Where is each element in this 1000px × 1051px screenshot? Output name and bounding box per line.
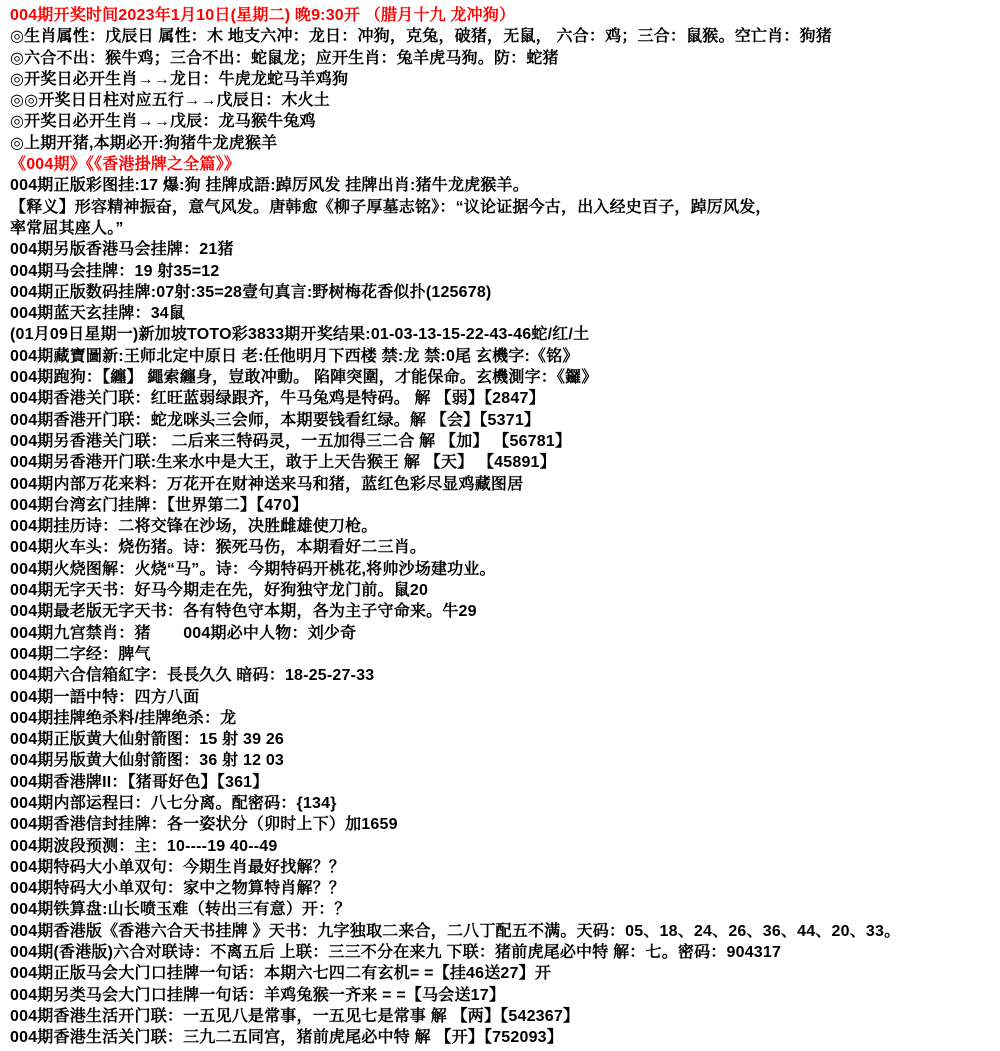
text-line: 004期跑狗：【纏】 繩索纏身，豈敢冲動。 陷陣突圍，才能保命。玄機測字：《鑼》 (10, 367, 1000, 388)
text-line: 004期另版黄大仙射箭图：36 射 12 03 (10, 750, 1000, 771)
text-line: 004期蓝天玄挂牌：34鼠 (10, 303, 1000, 324)
text-line: 004期九宫禁肖：猪 004期必中人物：刘少奇 (10, 623, 1000, 644)
text-line: ◎上期开猪,本期必开:狗猪牛龙虎猴羊 (10, 133, 1000, 154)
text-line: 004期另版香港马会挂牌：21猪 (10, 239, 1000, 260)
text-line: 004期香港开门联：蛇龙咪头三会师，本期要钱看红绿。解 【会】【5371】 (10, 410, 1000, 431)
text-line: ◎开奖日必开生肖→→戊辰：龙马猴牛兔鸡 (10, 111, 1000, 132)
text-line: 004期特码大小单双句：家中之物算特肖解？？ (10, 878, 1000, 899)
text-line: ◎开奖日必开生肖→→龙日：牛虎龙蛇马羊鸡狗 (10, 69, 1000, 90)
guapai-section-title: 《004期》《《香港掛牌之全篇》》 (10, 154, 1000, 175)
text-line: 004期波段预测：主：10----19 40--49 (10, 836, 1000, 857)
text-line: 004期香港牌II：【猪哥好色】【361】 (10, 772, 1000, 793)
text-line: ◎◎开奖日日柱对应五行→→戊辰日：木火土 (10, 90, 1000, 111)
lottery-tips-text-page: 004期开奖时间2023年1月10日(星期二) 晚9:30开 （腊月十九 龙冲狗… (0, 0, 1000, 1049)
text-line: 004期藏寶圖新:王师北定中原日 老:任他明月下西楼 禁:龙 禁:0尾 玄機字:… (10, 346, 1000, 367)
text-line: 004期香港生活开门联：一五见八是常事，一五见七是常事 解 【两】【542367… (10, 1006, 1000, 1027)
text-line: 【释义】形容精神振奋，意气风发。唐韩愈《柳子厚墓志铭》：“议论证据今古，出入经史… (10, 197, 1000, 218)
text-line: 004期正版马会大门口挂牌一句话：本期六七四二有玄机= =【挂46送27】开 (10, 963, 1000, 984)
text-line: 004期香港生活关门联：三九二五同宫，猪前虎尾必中特 解 【开】【752093】 (10, 1027, 1000, 1048)
text-line: 004期台湾玄门挂牌：【世界第二】【470】 (10, 495, 1000, 516)
text-line: 004期(香港版)六合对联诗：不离五后 上联：三三不分在来九 下联：猪前虎尾必中… (10, 942, 1000, 963)
text-line: ◎生肖属性：戊辰日 属性：木 地支六冲：龙日：冲狗，克兔，破猪，无鼠， 六合：鸡… (10, 26, 1000, 47)
text-line: 004期正版黄大仙射箭图：15 射 39 26 (10, 729, 1000, 750)
text-line: 004期火烧图解：火烧“马”。诗：今期特码开桃花,将帅沙场建功业。 (10, 559, 1000, 580)
text-line: 004期最老版无字天书：各有特色守本期，各为主子守命来。牛29 (10, 601, 1000, 622)
text-line: 004期香港信封挂牌：各一姿状分（卯时上下）加1659 (10, 814, 1000, 835)
text-line: ◎六合不出：猴牛鸡；三合不出：蛇鼠龙；应开生肖：兔羊虎马狗。防：蛇猪 (10, 48, 1000, 69)
text-line: 004期另香港关门联： 二后来三特码灵，一五加得三二合 解 【加】 【56781… (10, 431, 1000, 452)
text-line: 004期一語中特：四方八面 (10, 687, 1000, 708)
text-line: 004期内部运程曰：八七分离。配密码：{134} (10, 793, 1000, 814)
text-line: 004期二字经：脾气 (10, 644, 1000, 665)
text-line: (01月09日星期一)新加坡TOTO彩3833期开奖结果:01-03-13-15… (10, 324, 1000, 345)
text-line: 004期正版数码挂牌:07射:35=28壹句真言:野树梅花香似扑(125678) (10, 282, 1000, 303)
text-line: 004期特码大小单双句：今期生肖最好找解？？ (10, 857, 1000, 878)
text-line: 004期香港关门联：红旺蓝弱绿跟齐，牛马兔鸡是特码。 解 【弱】【2847】 (10, 388, 1000, 409)
text-line: 004期另类马会大门口挂牌一句话：羊鸡兔猴一齐来 = =【马会送17】 (10, 985, 1000, 1006)
text-line: 004期六合信箱紅字：長長久久 暗码：18-25-27-33 (10, 665, 1000, 686)
text-line: 004期挂牌绝杀料/挂牌绝杀：龙 (10, 708, 1000, 729)
text-line: 004期香港版《香港六合天书挂牌 》天书：九字独取二来合，二八丁配五不满。天码：… (10, 921, 1000, 942)
text-line: 004期无字天书：好马今期走在先，好狗独守龙门前。鼠20 (10, 580, 1000, 601)
text-line: 004期火车头：烧伤猪。诗：猴死马伤，本期看好二三肖。 (10, 537, 1000, 558)
text-line: 004期铁算盘:山长喷玉难（转出三有意）开：？ (10, 899, 1000, 920)
text-line: 004期正版彩图挂:17 爆:狗 挂牌成語:踔厉风发 挂牌出肖:猪牛龙虎猴羊。 (10, 175, 1000, 196)
text-line: 004期另香港开门联:生来水中是大王，敢于上天告猴王 解 【天】 【45891】 (10, 452, 1000, 473)
text-line: 004期挂历诗：二将交锋在沙场，决胜雌雄使刀枪。 (10, 516, 1000, 537)
draw-time-title: 004期开奖时间2023年1月10日(星期二) 晚9:30开 （腊月十九 龙冲狗… (10, 5, 1000, 26)
text-line: 004期马会挂牌：19 射35=12 (10, 261, 1000, 282)
text-line: 率常屈其座人。” (10, 218, 1000, 239)
text-line: 004期内部万花来料：万花开在财神送来马和猪，蓝红色彩尽显鸡藏图居 (10, 474, 1000, 495)
